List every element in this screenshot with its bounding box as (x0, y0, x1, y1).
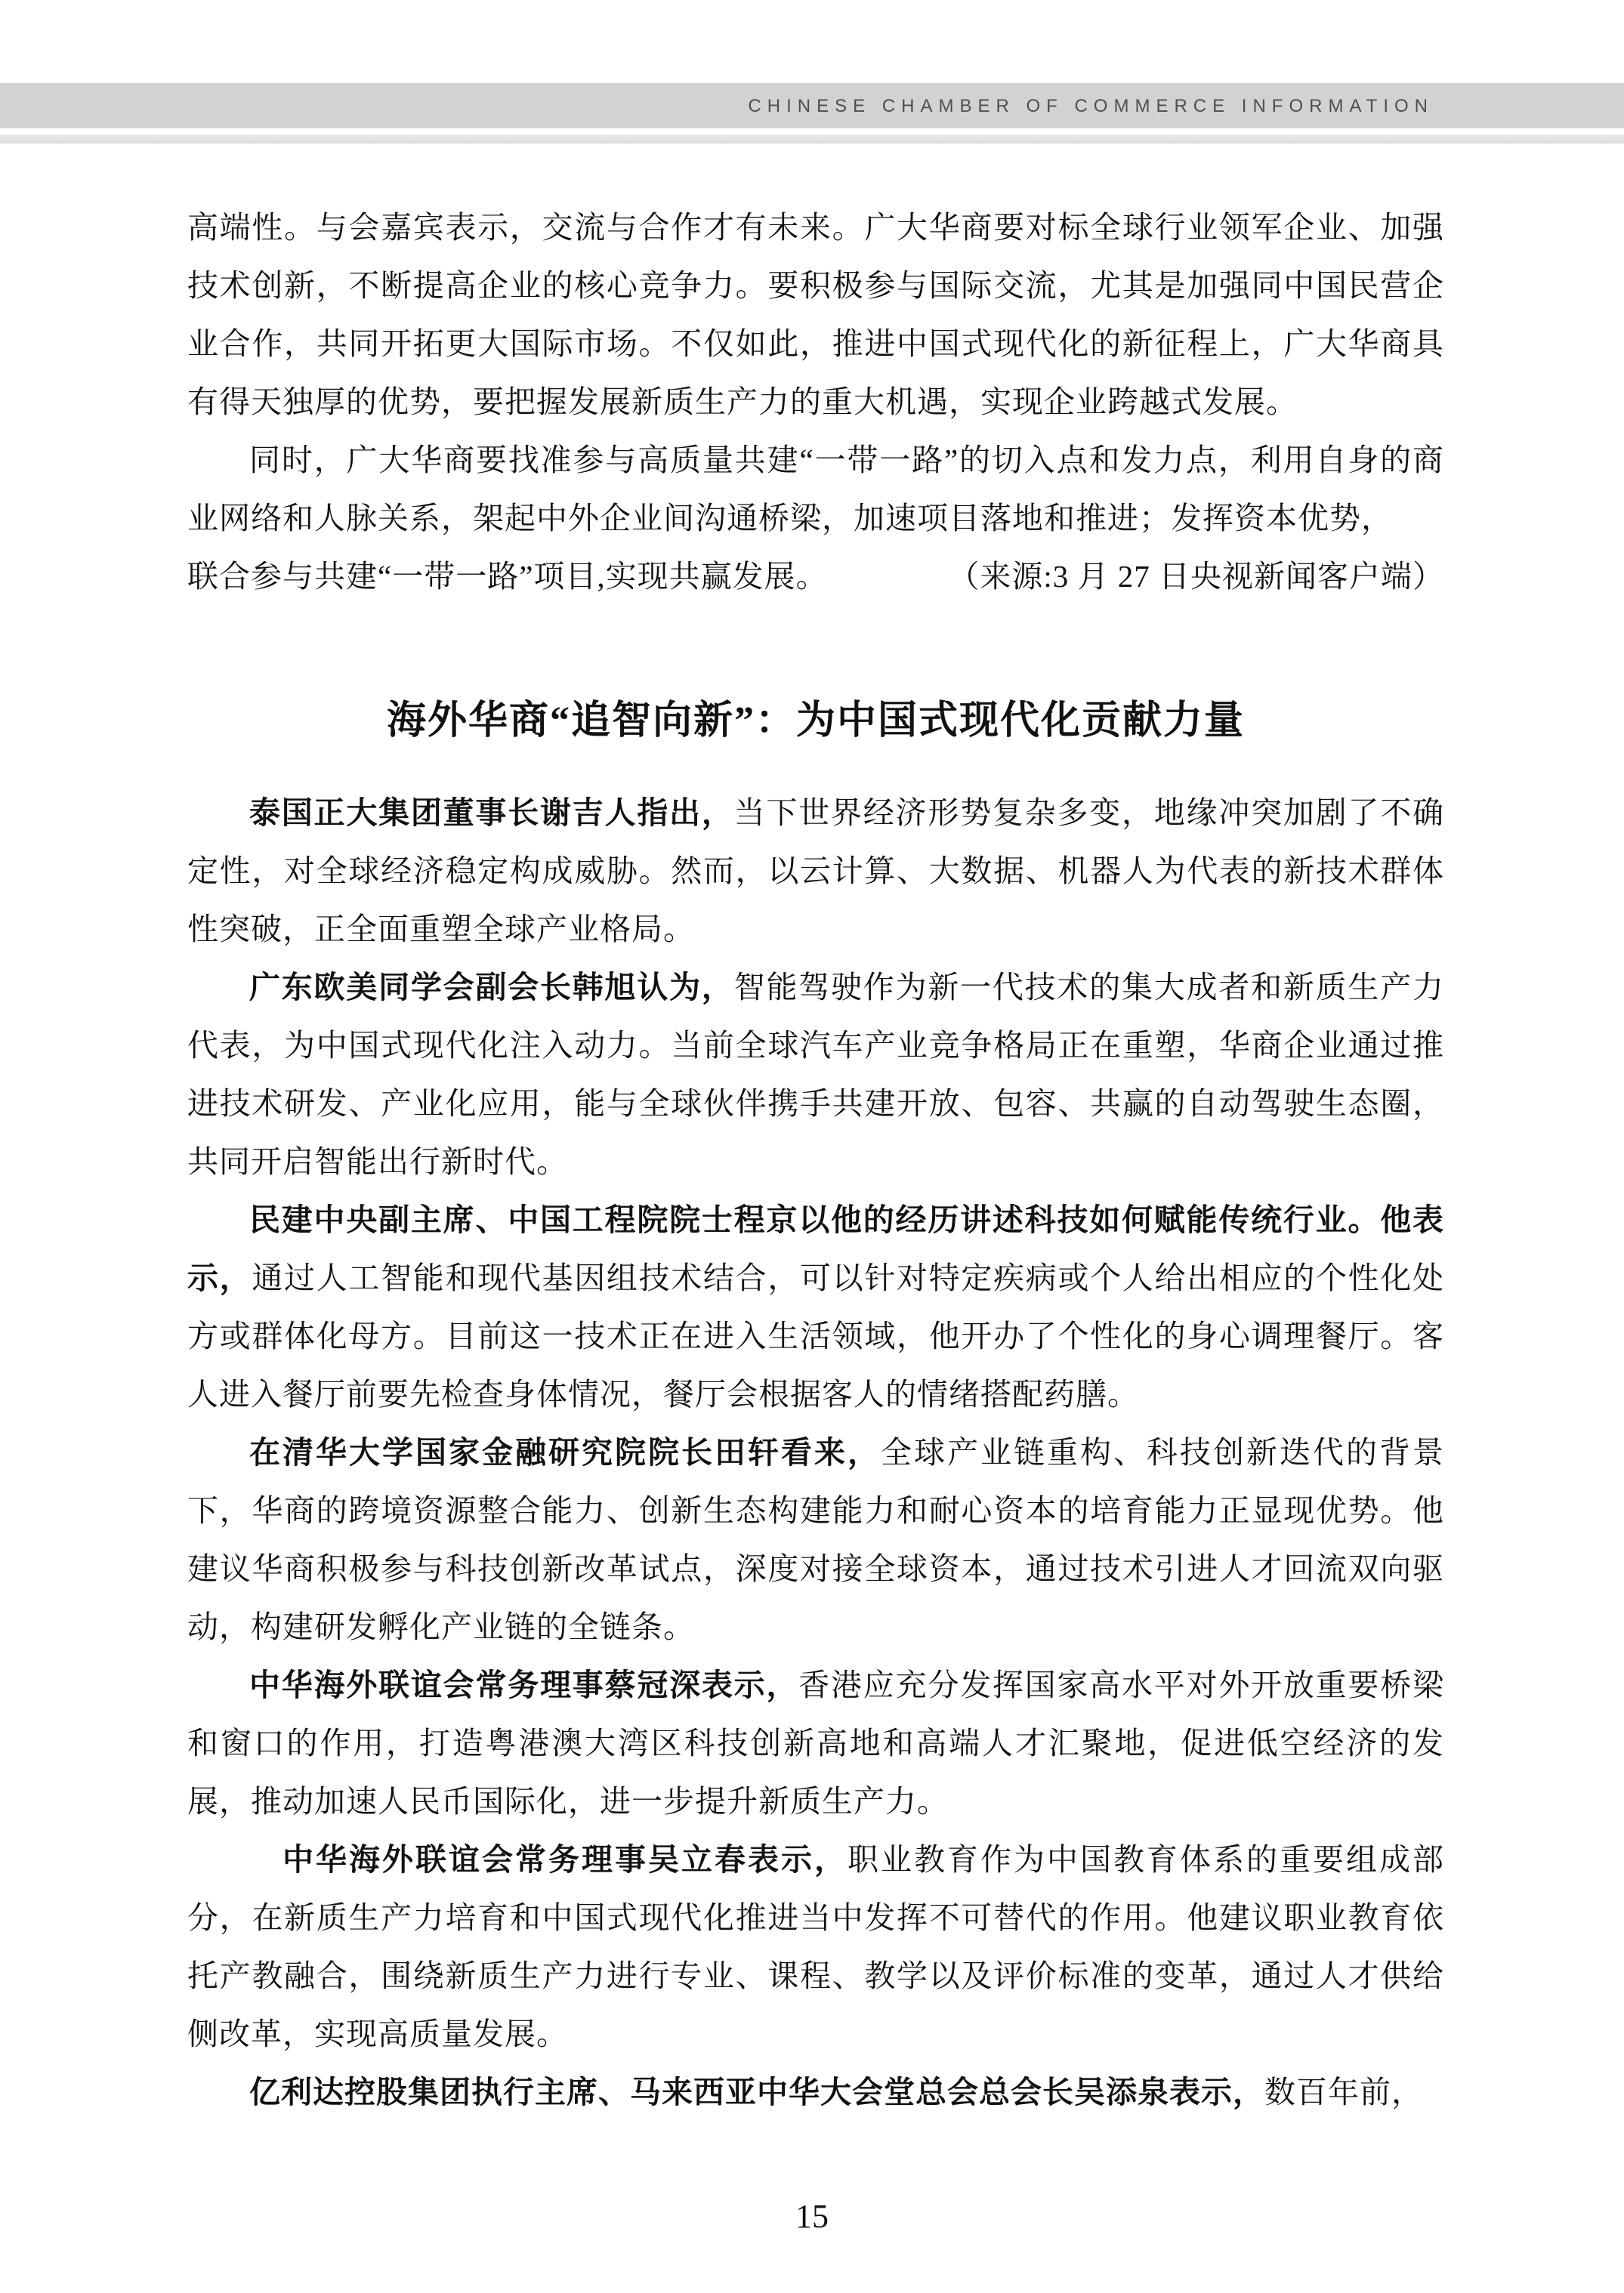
article-headline: 海外华商“追智向新”：为中国式现代化贡献力量 (187, 691, 1444, 751)
paragraph-text: 通过人工智能和现代基因组技术结合，可以针对特定疾病或个人给出相应的个性化处方或群… (187, 1261, 1444, 1412)
article-body: 高端性。与会嘉宾表示，交流与合作才有未来。广大华商要对标全球行业领军企业、加强技… (187, 199, 1444, 2122)
article-paragraph: 亿利达控股集团执行主席、马来西亚中华大会堂总会总会长吴添泉表示，数百年前， (187, 2063, 1444, 2122)
article-paragraph: 泰国正大集团董事长谢吉人指出，当下世界经济形势复杂多变，地缘冲突加剧了不确定性，… (187, 784, 1444, 958)
paragraph-text: 数百年前， (1264, 2075, 1423, 2109)
banner-strip (0, 134, 1624, 144)
speaker-lead: 亿利达控股集团执行主席、马来西亚中华大会堂总会总会长吴添泉表示， (249, 2075, 1264, 2109)
speaker-lead: 中华海外联谊会常务理事吴立春表示， (249, 1842, 848, 1877)
source-note: （来源:3 月 27 日央视新闻客户端） (948, 548, 1444, 606)
article-paragraph: 在清华大学国家金融研究院院长田轩看来，全球产业链重构、科技创新迭代的背景下，华商… (187, 1424, 1444, 1656)
intro-paragraph-2: 同时，广大华商要找准参与高质量共建“一带一路”的切入点和发力点，利用自身的商业网… (187, 431, 1444, 548)
banner-title: CHINESE CHAMBER OF COMMERCE INFORMATION (0, 83, 1624, 128)
intro-last-line: 联合参与共建“一带一路”项目,实现共赢发展。 （来源:3 月 27 日央视新闻客… (187, 548, 1444, 606)
article-paragraph: 中华海外联谊会常务理事吴立春表示，职业教育作为中国教育体系的重要组成部分，在新质… (187, 1831, 1444, 2063)
intro-paragraph-1: 高端性。与会嘉宾表示，交流与合作才有未来。广大华商要对标全球行业领军企业、加强技… (187, 199, 1444, 431)
intro-tail: 联合参与共建“一带一路”项目,实现共赢发展。 (187, 548, 828, 606)
speaker-lead: 在清华大学国家金融研究院院长田轩看来， (249, 1435, 881, 1470)
speaker-lead: 中华海外联谊会常务理事蔡冠深表示， (249, 1668, 798, 1702)
article-paragraph: 中华海外联谊会常务理事蔡冠深表示，香港应充分发挥国家高水平对外开放重要桥梁和窗口… (187, 1656, 1444, 1831)
header-banner: CHINESE CHAMBER OF COMMERCE INFORMATION (0, 83, 1624, 128)
speaker-lead: 广东欧美同学会副会长韩旭认为， (249, 970, 734, 1005)
article-paragraph: 民建中央副主席、中国工程院院士程京以他的经历讲述科技如何赋能传统行业。他表示，通… (187, 1191, 1444, 1424)
page: CHINESE CHAMBER OF COMMERCE INFORMATION … (0, 0, 1624, 2293)
speaker-lead: 泰国正大集团董事长谢吉人指出， (249, 795, 734, 830)
article-paragraph: 广东欧美同学会副会长韩旭认为，智能驾驶作为新一代技术的集大成者和新质生产力代表，… (187, 958, 1444, 1191)
page-number: 15 (0, 2198, 1624, 2236)
